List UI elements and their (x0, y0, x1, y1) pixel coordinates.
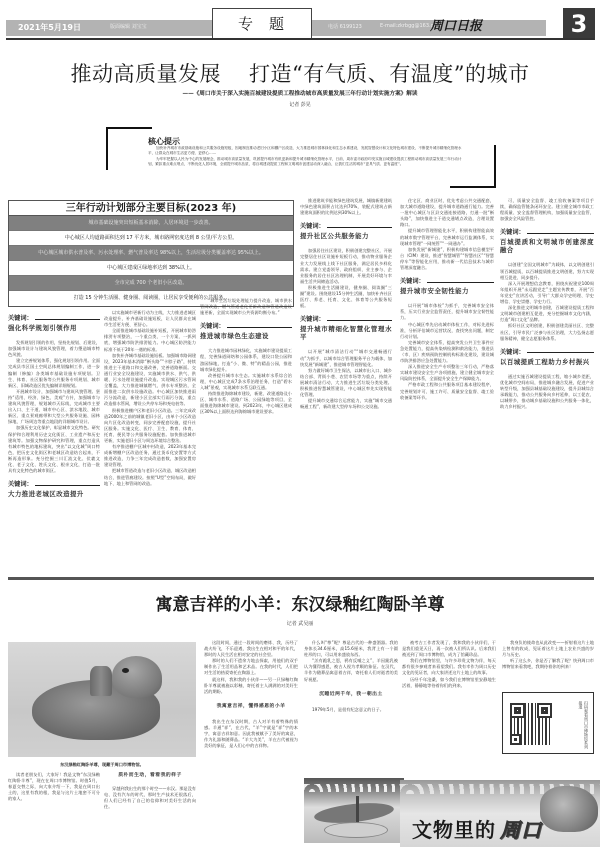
body-para: 加快补齐城市基础设施短板。加强城市路网建设，2023年基本消除“断头路”“卡脖子… (104, 353, 196, 408)
keyword-block: 关键词： 推进城市绿色生态建设 (200, 324, 292, 340)
core-tips-body: 加快补齐城市市政基础设施和公共服务设施短板，因地制宜推动老旧小区和棚户区改造，大… (148, 146, 466, 168)
article2-column-1b: 质朴而生动，看看我的样子 穿越到我出生的那个时空——东汉。那是没有电、没有汽车的… (104, 772, 196, 844)
body-para: 提升城市管理智能化水平，积极构建智能高效的城市数字管理平台，完善城市运行监测体系… (400, 228, 494, 246)
body-para: 持续推进海绵城市建设，新建、改建道路及小区、城市水系、道路广场、公园绿地等项目，… (200, 391, 292, 415)
keyword-label: 关键词： (500, 230, 594, 236)
body-para: 穿越到我出生的那个时空——东汉。那是没有电、没有汽车的时代，那时生产技术还很落后… (104, 786, 196, 810)
wave-pattern (304, 784, 404, 792)
keyword-title: 强化科学规划引领作用 (8, 324, 100, 332)
body-para: 以开展“城市清洁行动”“城市交通畅通行动”为抓手，以城市综合管理服务平台为载体，… (300, 349, 392, 367)
body-para: “羔有跪乳之恩，鸦有反哺之义”，羊因跪乳被认为懂得感恩，被古人视为孝顺的象征。在… (304, 658, 398, 682)
body-para: 可，质量安全监督、竣工验收备案等项目手续，确保监管链条闭环安全。建立健全城市市政… (500, 198, 594, 222)
article-column-3: “城市生活垃圾处理能力提升改造、城市供水管网改造、燃气管道老化更新改造和管道改造… (200, 298, 292, 572)
masthead: 2021年5月19日 版面编辑 刘宝宝 专题 电话 6199123 E-mail… (0, 0, 600, 52)
body-para: 积极推进生活圈建设，健身圈、阅读圈“三圈”建设。围绕建设15分钟生活圈，加快补齐… (300, 285, 392, 309)
ram-zun-photo (8, 642, 196, 757)
dragon-ornament-icon (540, 786, 598, 832)
body-para: 把城市管道改造与老旧小区改造、城区改造相结合，推进管廊建设。按照“U型”空间布局… (104, 468, 196, 486)
section-label: 专题 (212, 8, 312, 38)
core-tips-box: 核心提示 加快补齐城市市政基础设施和公共服务设施短板，因地制宜推动老旧小区和棚户… (106, 127, 496, 188)
keyword-block: 关键词： 大力推进老城区改造提升 (8, 482, 100, 498)
body-para: 加快发展“新城建”，积极构建城市信息模型平台（CIM）建设，推进“智慧城管”“智… (400, 247, 494, 271)
section-divider (8, 577, 594, 580)
photo-caption: 东汉绿釉红陶卧羊尊，现藏于周口市博物馆。 (8, 762, 196, 768)
article-column-2: 以实施城市更新行动为主线，大力推进老城区改造提升，补齐基础设施短板，让人民群众在… (104, 310, 196, 572)
goal-row: 中心城区建成区绿地率达到 38%以上。 (9, 261, 293, 276)
keyword-label: 关键词： (300, 224, 392, 230)
body-para: 通过实施百城建设提质工程，缩小城乡差距，优化城市空间布局，推进城乡融合发展，促进… (500, 374, 594, 411)
article-column-6: 可，质量安全监督、竣工验收备案等项目手续，确保监管链条闭环安全。建立健全城市市政… (500, 198, 594, 572)
article-subhead: ——《周口市关于深入实施百城建设提质工程推动城市高质量发展三年行动计划实施方案》… (0, 89, 600, 97)
body-para: 开展城市设计，加强城市与建筑风貌管理。坚持“适用、经济、绿色、美观”方针，加强城… (8, 389, 100, 426)
core-tips-para: 加快补齐城市市政基础设施和公共服务设施短板，因地制宜推动老旧小区和棚户区改造，大… (148, 146, 466, 157)
body-para: 有序推进棚户区城中村改造，2023年基本完成新增棚户区改造任务，通过货币化安置等… (104, 444, 196, 468)
body-para: 严格市政工程和公共服务项目基本建设程序，完善规划许可、施工许可、质量安全监督、竣… (400, 382, 494, 400)
article2-column-1: 读者老朋友们，大家好！我是文物“东汉绿釉红陶卧羊尊”，现在在周口市博物馆。时值5… (8, 772, 100, 844)
body-para: 深入开展理想信念教育，围绕庆祝建党100周年组织开展“永远跟党走”主题宣传教育，… (500, 281, 594, 305)
article-byline: 记者 彭晃 (0, 101, 600, 108)
goals-table-title: 三年行动计划部分主要目标(2023 年) (9, 201, 293, 216)
subheading: 我寓意吉祥，懂得感恩的小羊 (204, 703, 298, 711)
page-editor: 版面编辑 刘宝宝 (110, 23, 147, 30)
body-para: 以创建“全国文明城市”为载体，以文明创建引领百城提质，以百城提质推进文明创建，努… (500, 262, 594, 280)
article2-headline: 寓意吉祥的小羊：东汉绿釉红陶卧羊尊 (0, 590, 600, 615)
body-para: 1979年5月，是很有纪念意义的日子。 (304, 707, 398, 713)
goal-row: 中心城区人均道路面积达到 17 平方米，城市路网密度达到 8 公里/平方公里。 (9, 231, 293, 246)
article-column-4: 推进建筑节能和绿色建筑发展，城镇新建建筑中绿色建筑面积占比达到70%，装配式建筑… (300, 198, 392, 572)
body-para: 历经千年沧桑，如今我们在博物馆里安静地生活着，静静地等待着你们的到来。 (402, 677, 496, 689)
subheading: 质朴而生动，看看我的样子 (104, 772, 196, 780)
body-para: 以开展“城市体检”为抓手，完善城市安全体系，压实行业安全监管责任，提升城市安全韧… (400, 303, 494, 321)
body-para: 听了这么多，你是否了解我了呢？快到周口市博物馆来看我吧，我期待着你的到来！ (502, 658, 594, 670)
body-para: 被考古工作者发现了，我和我的小伙伴们，于是我们重见天日，再一次被人们所认识。后来… (402, 640, 496, 658)
goal-row: 全市完成 700 个老旧小区改造。 (9, 276, 293, 291)
qr-caption: 扫码观看周口市博物馆系列报道 (559, 701, 589, 749)
body-para: 改善提升城市水生态。实施城市水系综合治理，中心城区完成7条水系治理任务，打造“碧… (200, 373, 292, 391)
body-para: 提升城市交通综合运营能力，实施“城市交通畅通工程”，新改建大型停车场和公交设施。 (300, 398, 392, 410)
body-para: 深入推进安全生产专项整治三年行动，严格落实城市建设安全生产各项措施，建立健全城市… (400, 364, 494, 382)
newspaper-logo: 周口日报 (430, 15, 482, 34)
article2-column-3: 什么叫“尊”呢？尊是古代的一种盛酒器。我的身体长34.6厘米，高15.6厘米，我… (304, 640, 398, 776)
body-para: 就这样，我和我的小伙伴——另一只绿釉红陶卧羊尊就被施以彩釉，寄托着主人满满的对美… (204, 677, 298, 695)
body-para: 全面推进城市基础设施补短板，开展城市防涝排涝专项整治，一个重点类、一个方案、一抓… (104, 328, 196, 352)
keyword-title: 大力推进老城区改造提升 (8, 490, 100, 498)
keyword-label: 关键词： (8, 316, 100, 322)
body-para: 积极推进棚户区和老旧小区改造。三年完成改造2000年之前的城镇老旧小区，由单个小… (104, 408, 196, 445)
body-para: 完善城市安全体系，提高突发公共卫生事件应急处置能力，提高传染病检测和救治能力，推… (400, 340, 494, 364)
masthead-rule (6, 38, 594, 40)
body-para: 这段时间，通过一段时间的磨炼、我，历经了战火纷飞，不乐迎遇，我出生在相对和平的年… (204, 640, 298, 658)
issue-date: 2021年5月19日 (18, 22, 81, 33)
ram-figure-eye (122, 668, 129, 673)
artifact-photo-2 (304, 778, 404, 843)
body-para: 我出生在东汉时期，古人对羊有着特殊的情感。羊通“祥”，在古代，“羊”字就是“祥”… (204, 719, 298, 749)
article2-byline: 记者 武吴丽 (0, 620, 600, 627)
body-para: 读者老朋友们，大家好！我是文物“东汉绿釉红陶卧羊尊”，现在在周口市博物馆。时值5… (8, 772, 100, 802)
keyword-title: 提升城市精细化智慧化管理水平 (300, 325, 392, 341)
headline-part-2: 打造“有气质、有温度”的城市 (249, 62, 529, 86)
keyword-label: 关键词： (200, 324, 292, 330)
goals-table: 三年行动计划部分主要目标(2023 年) 城市基础设施突出短板基本消除，人居环境… (8, 200, 294, 307)
contact-phone: 电话 6199123 (328, 23, 362, 30)
keyword-block: 关键词： 提升城市安全韧性能力 (400, 279, 494, 295)
body-para: 努力做好城市卫生保洁，以城市出入口、城乡结合部、背街小巷、农贸市场等为重点，持续… (300, 368, 392, 398)
qr-code-icon[interactable] (510, 703, 552, 745)
ram-figure-cup (90, 666, 112, 696)
body-para: 大力推进城市园林绿化，实施城市建设提质工程，完善绿道网络和公园体系，建设口袋公园… (200, 348, 292, 372)
keyword-title: 提升城市安全韧性能力 (400, 287, 494, 295)
goal-row: 中心城区城市供水普及率、污水处理率、燃气普及率达 98%以上，生活垃圾分类覆盖率… (9, 246, 293, 261)
page-number: 3 (563, 8, 595, 40)
keyword-label: 关键词： (500, 350, 594, 356)
ram-figure-head (112, 656, 162, 698)
body-para: 什么叫“尊”呢？尊是古代的一种盛酒器。我的身体长34.6厘米，高15.6厘米，我… (304, 640, 398, 658)
corner-bracket-top-left (106, 127, 152, 170)
keyword-block: 关键词： 强化科学规划引领作用 (8, 316, 100, 332)
subheading: 沉睡近两千年，我一朝出土 (304, 691, 398, 699)
keyword-title: 提升社区公共服务能力 (300, 232, 392, 240)
body-para: 我们在博物馆里，与许多珍贵文物为伴，每天都有很多参观者来看望我们。我有幸作为周口… (402, 658, 496, 676)
article2-column-4: 被考古工作者发现了，我和我的小伙伴们，于是我们重见天日，再一次被人们所认识。后来… (402, 640, 496, 776)
keyword-title: 百城提质和文明城市创建深度融合 (500, 238, 594, 254)
banner-logo: 周口 (500, 818, 542, 842)
body-para: “城市生活垃圾处理能力提升改造、城市供水管网改造、燃气管道老化更新改造和管道改造… (200, 298, 292, 316)
body-para: 加强居住社区建设，积极创建完整社区，开展完整居住社区设施补短板行动，推动物业服务… (300, 248, 392, 285)
keyword-label: 关键词： (300, 317, 392, 323)
keyword-block: 关键词： 提升城市精细化智慧化管理水平 (300, 317, 392, 341)
body-para: 住宅区、商业区时，优先考虑公共交通配套，加大城市道路建设，提升城市道路通行能力。… (400, 198, 494, 228)
body-para: 以实施城市更新行动为主线，大力推进老城区改造提升，补齐基础设施短板，让人民群众在… (104, 310, 196, 328)
article2-column-5: 我身负的使命也从此改变——折射着这片土地上曾有的收成，见证着这片土地上农业兴盛的… (502, 640, 594, 688)
banner-title: 文物里的周口 (412, 814, 542, 843)
body-para: 深化推进文明城市创建，百城建设提质工程和文明城市创建相互促进，充分挖掘城市文化内… (500, 305, 594, 323)
body-para: 我身负的使命也从此改变——折射着这片土地上曾有的收成，见证着这片土地上农业兴盛的… (502, 640, 594, 658)
keyword-title: 推进城市绿色生态建设 (200, 332, 292, 340)
article-column-5: 住宅区、商业区时，优先考虑公共交通配套，加大城市道路建设，提升城市道路通行能力。… (400, 198, 494, 572)
body-para: 那时的人们不遗余力地去探索，用他们的双手制作出了生活用品和艺术品。在我的时代，人… (204, 658, 298, 676)
keyword-label: 关键词： (8, 482, 100, 488)
body-para: 建立完善规划体系，强化规划引领作用。全面完成县市区国土空间总体规划编制工作，进一… (8, 358, 100, 388)
goal-row: 城市基础设施突出短板基本消除，人居环境进一步改善。 (9, 216, 293, 231)
keyword-block: 关键词： 以百城提质工程助力乡村振兴 (500, 350, 594, 366)
keyword-label: 关键词： (400, 279, 494, 285)
article-column-1: 关键词： 强化科学规划引领作用 发挥规划引领的作用，坚持先规划、后建设，加强城市… (8, 308, 100, 570)
article2-column-2: 这段时间，通过一段时间的磨炼、我，历经了战火纷飞，不乐迎遇，我出生在相对和平的年… (204, 640, 298, 844)
body-para: 发挥规划引领的作用，坚持先规划、后建设，加强城市设计与建筑风貌管理，着力塑造城市… (8, 340, 100, 358)
qr-code-box: 扫码观看周口市博物馆系列报道 (502, 692, 594, 754)
headline-part-1: 推动高质量发展 (71, 62, 222, 86)
core-tips-para: 为牢牢把握以人民为中心的发展理念，推动城市高质量发展，巩固提升城市有机更新和提升… (148, 157, 466, 168)
keyword-block: 关键词： 百城提质和文明城市创建深度融合 (500, 230, 594, 254)
keyword-block: 关键词： 提升社区公共服务能力 (300, 224, 392, 240)
article-headline: 推动高质量发展打造“有气质、有温度”的城市 (0, 58, 600, 88)
body-para: 推进建筑节能和绿色建筑发展，城镇新建建筑中绿色建筑面积占比达到70%，装配式建筑… (300, 198, 392, 216)
body-para: 抓好社区文明创建，积极创建美丽社区、完整社区，引导市民广泛参与社区治理，大力弘扬… (500, 323, 594, 341)
body-para: 加强历史文化保护，彰显城市文化特色。研究保护和合理利用历史文化街区、工业遗产和历… (8, 425, 100, 474)
body-para: 中心城区率先启动城市体检工作，对标先进标准，分析评估城市运营状况，查找突出问题，… (400, 322, 494, 340)
artifact-base (324, 822, 388, 838)
column-banner: 文物里的周口 (400, 780, 600, 847)
keyword-title: 以百城提质工程助力乡村振兴 (500, 358, 594, 366)
